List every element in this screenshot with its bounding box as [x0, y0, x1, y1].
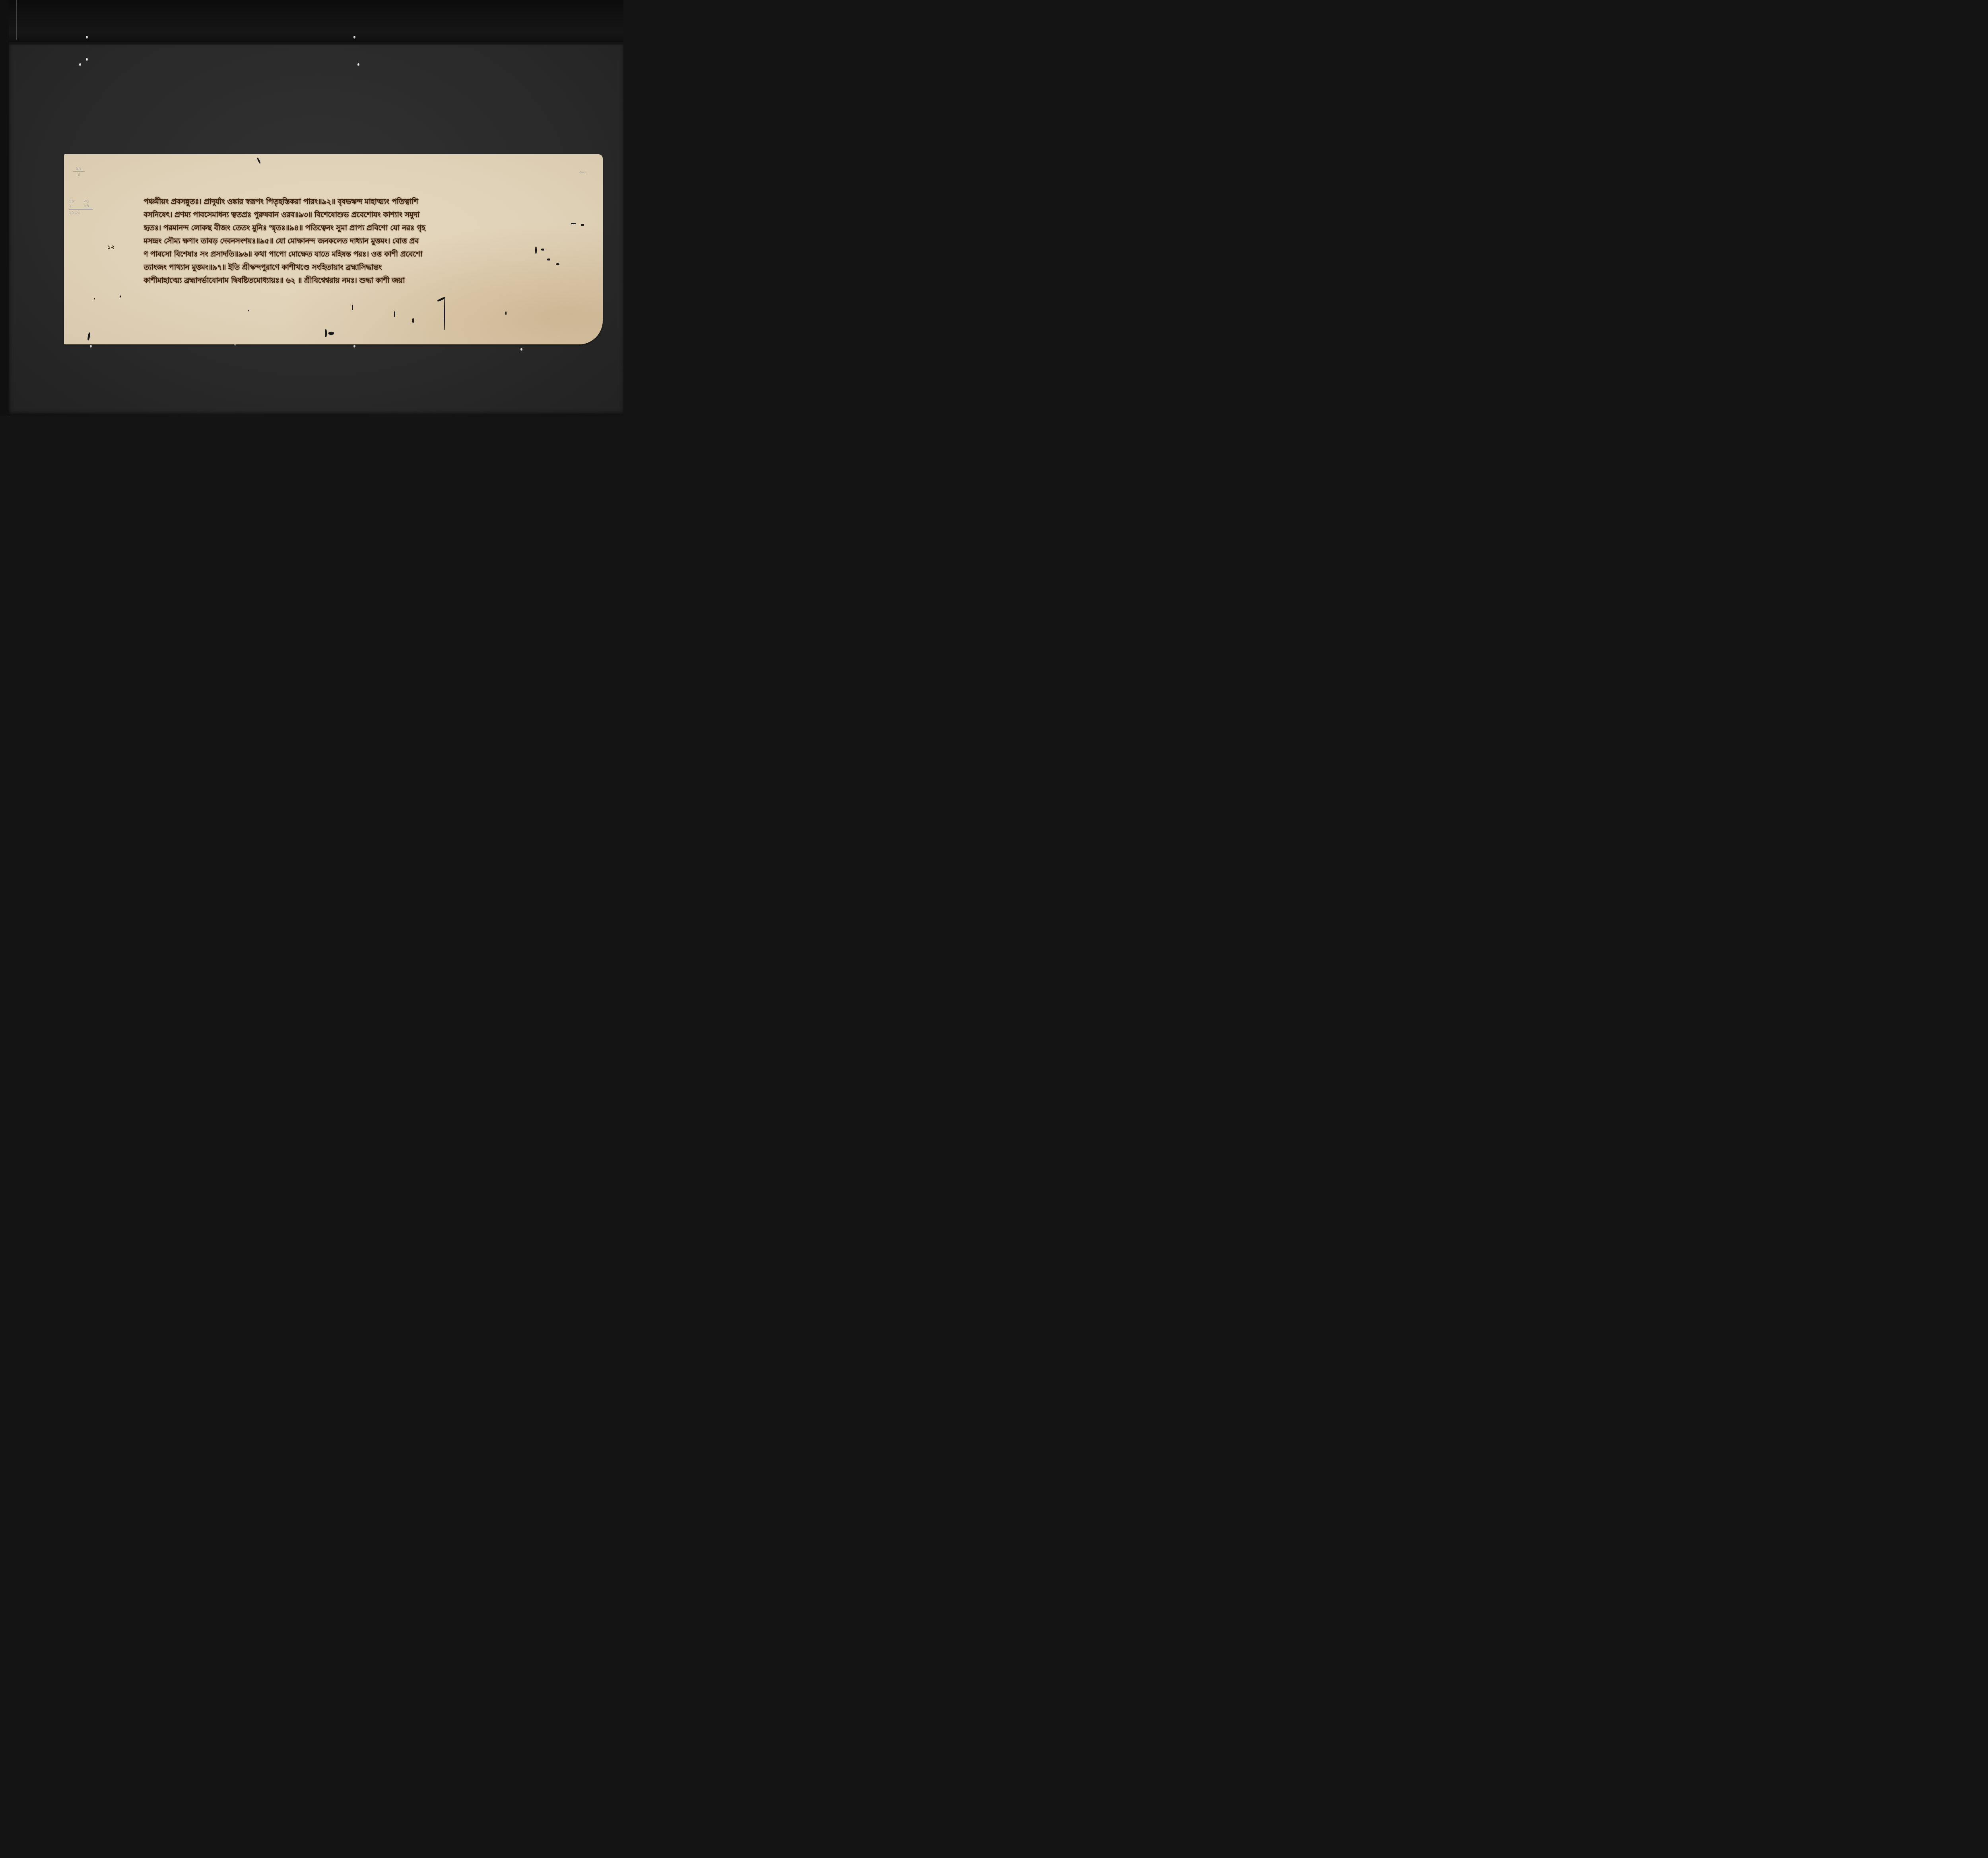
folio-number: ১২ — [107, 243, 115, 253]
text-line: কাশীমাহাত্ম্যে ব্রহ্মাদর্ভাবোনাম দ্বিষষ্… — [144, 274, 589, 287]
pin — [90, 345, 92, 348]
wormhole — [257, 157, 261, 164]
pin — [86, 58, 88, 61]
wormhole — [120, 295, 121, 297]
text-line: ণ পাবসো বিশেষাঃ সং প্রসাদতি॥৯৬॥ কথা পাপো… — [144, 248, 589, 261]
board-edge — [16, 0, 17, 40]
wormhole — [394, 311, 395, 317]
pencil-note-sum: ১৮ ৩১ ২ ১৭ ১১৩৩ — [69, 199, 93, 215]
text-line: হৃতঃ। পরমানন্দ লোকস্থ বীজং তেতং মুনিঃ স্… — [144, 222, 589, 235]
wormhole — [541, 249, 544, 251]
pin — [520, 348, 522, 351]
wormhole — [444, 298, 445, 330]
wormhole — [535, 247, 537, 254]
manuscript-text: পঞ্চমীয়ং প্রবসন্নুতঃ। প্রাদুর্যাং ওঙ্কা… — [144, 195, 589, 287]
wormhole — [581, 224, 584, 226]
text-line: পঞ্চমীয়ং প্রবসন্নুতঃ। প্রাদুর্যাং ওঙ্কা… — [144, 195, 589, 208]
wormhole — [547, 258, 550, 260]
pencil-note-corner: ৩০০ — [579, 170, 587, 175]
manuscript-leaf: ৯২ ৪ ১৮ ৩১ ২ ১৭ ১১৩৩ ৩০০ ১২ পঞ্চমীয়ং প্… — [64, 154, 603, 344]
wormhole — [412, 318, 414, 323]
pin — [353, 36, 355, 39]
backing-board-top — [0, 0, 623, 42]
pin — [353, 345, 355, 348]
pin — [86, 36, 88, 39]
text-line: মসন্দ্রং সৌম্য ক্ষণাং তাবড় দেবনসংশয়ঃ॥৯… — [144, 235, 589, 248]
pin — [357, 63, 359, 66]
wormhole — [325, 329, 327, 337]
pin — [79, 63, 81, 66]
wormhole — [571, 223, 576, 224]
text-line: বসনিষেৎ। প্রণম্য পাবসেমাধন্য ত্বতপ্রঃ পু… — [144, 208, 589, 222]
wormhole — [352, 305, 353, 310]
wormhole — [87, 332, 90, 341]
wormhole — [505, 311, 507, 315]
pencil-note-fraction: ৯২ ৪ — [73, 166, 85, 177]
wormhole — [248, 310, 249, 311]
text-line: ত্যাংজং পাথ্যান মুত্তমং॥৯৭॥ ইতি শ্রীস্কন… — [144, 261, 589, 274]
wormhole — [556, 263, 559, 265]
wormhole — [328, 332, 334, 335]
wormhole — [94, 298, 95, 299]
backing-board-edge — [0, 0, 9, 416]
